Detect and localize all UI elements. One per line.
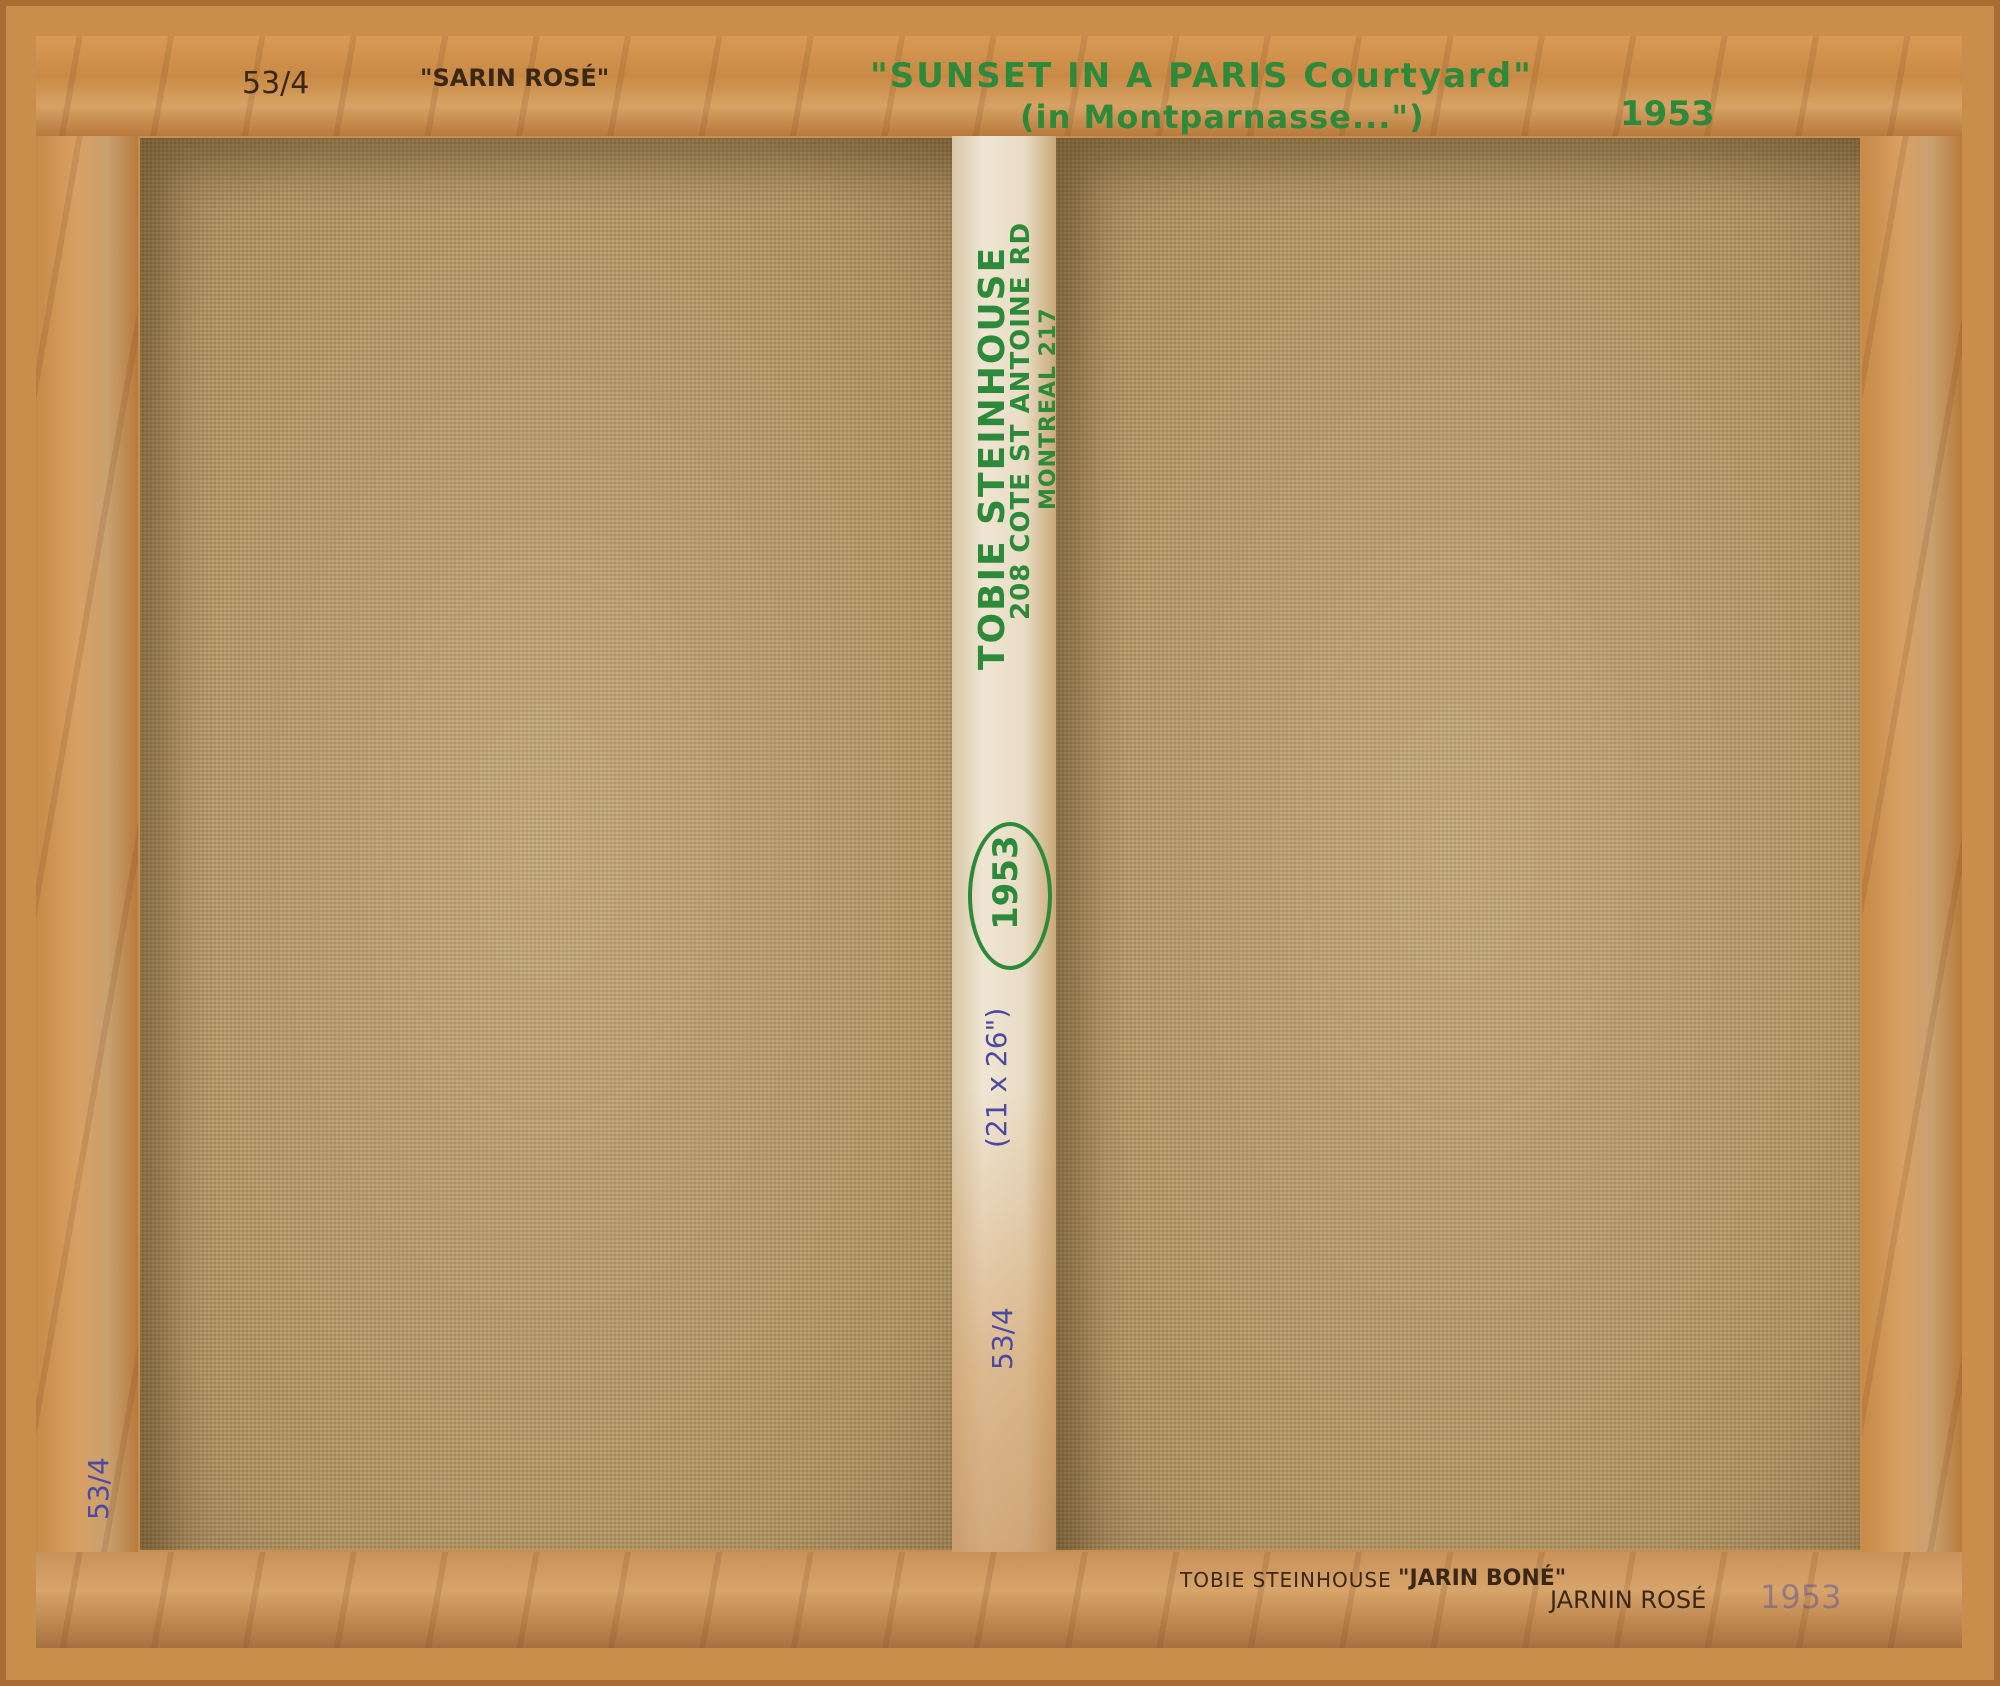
left-inventory-number: 53/4 xyxy=(82,1457,115,1520)
center-address-line1: 208 COTE ST ANTOINE RD xyxy=(1006,222,1036,620)
top-pencil-title: "SARIN ROSÉ" xyxy=(420,64,609,92)
painting-back: 53/4 "SARIN ROSÉ" "SUNSET IN A PARIS Cou… xyxy=(0,0,2000,1686)
bottom-artist-name: TOBIE STEINHOUSE xyxy=(1180,1568,1392,1592)
center-circled-year: 1953 xyxy=(986,835,1026,930)
stretcher-right-bar xyxy=(1862,136,1962,1552)
top-inventory-number: 53/4 xyxy=(242,66,309,101)
canvas-left-panel xyxy=(140,138,952,1550)
top-green-title-line2: (in Montparnasse...") xyxy=(1020,98,1425,136)
top-green-title-line1: "SUNSET IN A PARIS Courtyard" xyxy=(870,56,1533,96)
top-year: 1953 xyxy=(1620,94,1715,134)
center-dimensions: (21 x 26") xyxy=(980,1008,1013,1148)
stretcher-left-bar xyxy=(36,136,138,1552)
canvas-right-panel xyxy=(1056,138,1860,1550)
center-address-line2: MONTREAL 217 xyxy=(1036,307,1061,510)
center-inventory-number: 53/4 xyxy=(986,1307,1019,1370)
bottom-title-quote: "JARIN BONÉ" xyxy=(1398,1566,1566,1591)
bottom-title-alt: JARNIN ROSÉ xyxy=(1550,1586,1706,1614)
bottom-year-faint: 1953 xyxy=(1760,1578,1841,1616)
